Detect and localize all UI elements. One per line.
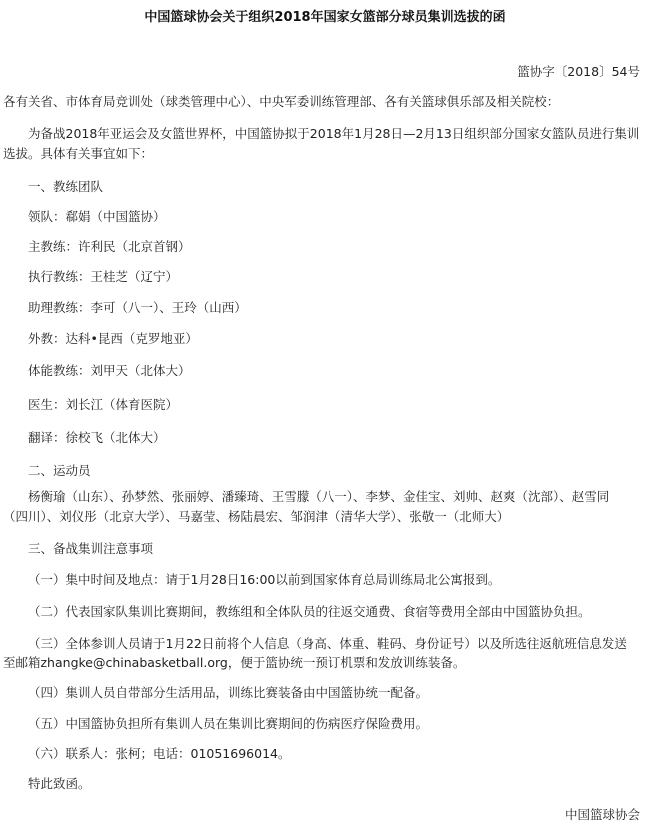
notice-item: （一）集中时间及地点：请于1月28日16:00以前到国家体育总局训练局北公寓报到… — [3, 570, 643, 590]
coach-team-item: 领队：郗娟（中国篮协） — [3, 207, 643, 227]
coach-team-item: 助理教练：李可（八一）、王玲（山西） — [3, 298, 643, 318]
athletes-line-1: 杨衡瑜（山东）、孙梦然、张丽婷、潘臻琦、王雪朦（八一）、李梦、金佳宝、刘帅、赵爽… — [3, 487, 643, 507]
notice-item-continued: 至邮箱zhangke@chinabasketball.org，便于篮协统一预订机… — [3, 653, 643, 673]
notice-item: （二）代表国家队集训比赛期间，教练组和全体队员的往返交通费、食宿等费用全部由中国… — [3, 602, 643, 622]
intro-line-1: 为备战2018年亚运会及女篮世界杯，中国篮协拟于2018年1月28日—2月13日… — [3, 124, 643, 144]
signature: 中国篮球协会 — [565, 805, 640, 823]
closing-text: 特此致函。 — [3, 774, 643, 794]
notice-item: （五）中国篮协负担所有集训人员在集训比赛期间的伤病医疗保险费用。 — [3, 714, 643, 734]
salutation: 各有关省、市体育局竞训处（球类管理中心）、中央军委训练管理部、各有关篮球俱乐部及… — [3, 92, 643, 112]
coach-team-item: 体能教练：刘甲天（北体大） — [3, 361, 643, 381]
notice-item: （四）集训人员自带部分生活用品，训练比赛装备由中国篮协统一配备。 — [3, 683, 643, 703]
notice-item: （三）全体参训人员请于1月22日前将个人信息（身高、体重、鞋码、身份证号）以及所… — [3, 634, 643, 654]
section-1-heading: 一、教练团队 — [3, 177, 643, 197]
coach-team-item: 医生：刘长江（体育医院） — [3, 395, 643, 415]
coach-team-item: 主教练：许利民（北京首钢） — [3, 237, 643, 257]
intro-line-2: 选拔。具体有关事宜如下： — [3, 144, 643, 164]
document-title: 中国篮球协会关于组织2018年国家女篮部分球员集训选拔的函 — [0, 6, 650, 25]
document-number: 篮协字〔2018〕54号 — [517, 62, 640, 80]
section-2-heading: 二、运动员 — [3, 461, 643, 481]
notice-item: （六）联系人：张柯；电话：01051696014。 — [3, 744, 643, 764]
section-3-heading: 三、备战集训注意事项 — [3, 539, 643, 559]
coach-team-item: 执行教练：王桂芝（辽宁） — [3, 267, 643, 287]
coach-team-item: 翻译：徐校飞（北体大） — [3, 428, 643, 448]
athletes-line-2: （四川）、刘仪彤（北京大学）、马嘉莹、杨陆晨宏、邹润津（清华大学）、张敬一（北师… — [3, 507, 643, 527]
coach-team-item: 外教：达科•昆西（克罗地亚） — [3, 329, 643, 349]
